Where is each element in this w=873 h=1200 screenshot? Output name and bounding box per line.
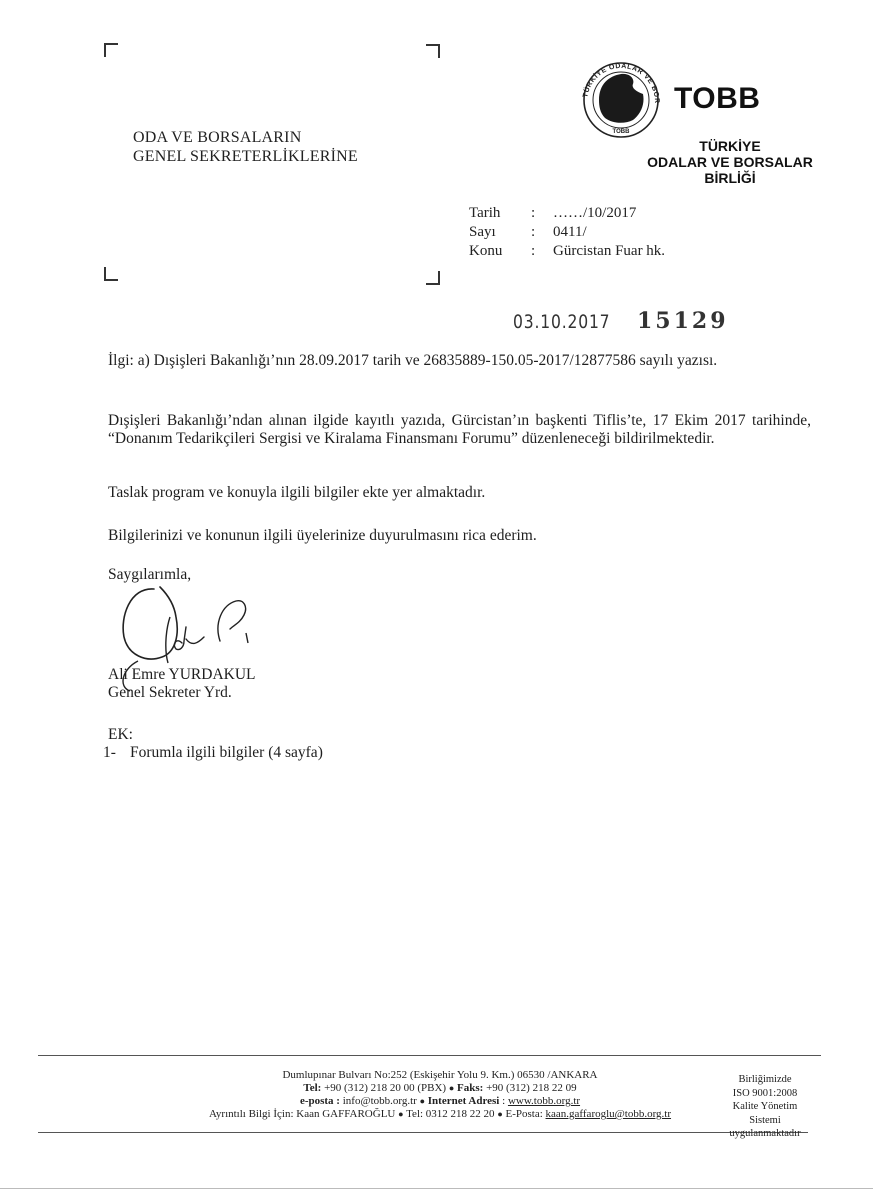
email-value: info@tobb.org.tr — [343, 1095, 417, 1107]
bullet-icon: ● — [398, 1109, 403, 1119]
paragraph-3: Bilgilerinizi ve konunun ilgili üyelerin… — [108, 527, 811, 545]
bullet-icon: ● — [449, 1083, 454, 1093]
org-name-line-1: TÜRKİYE — [620, 138, 840, 154]
fax-label: Faks: — [457, 1082, 483, 1094]
number-value: 0411/ — [553, 223, 587, 242]
iso-line: uygulanmaktadır — [708, 1127, 822, 1141]
footer-bottom-rule — [38, 1132, 808, 1133]
received-number-stamp: 15129 — [637, 308, 729, 334]
footer-contact-person-line: Ayrıntılı Bilgi İçin: Kaan GAFFAROĞLU ● … — [180, 1108, 700, 1121]
recipient-line-2: GENEL SEKRETERLİKLERİNE — [133, 147, 358, 166]
footer-top-rule — [38, 1055, 821, 1056]
iso-line: Birliğimizde — [708, 1073, 822, 1087]
window-corner-top-left — [104, 43, 118, 57]
contact-tel: Tel: 0312 218 22 20 — [406, 1108, 494, 1120]
number-label: Sayı — [469, 223, 531, 242]
page-edge-line — [0, 1188, 873, 1189]
contact-email-link[interactable]: kaan.gaffaroglu@tobb.org.tr — [546, 1108, 672, 1120]
footer-phone-line: Tel: +90 (312) 218 20 00 (PBX) ● Faks: +… — [180, 1082, 700, 1095]
window-corner-top-right — [426, 44, 440, 58]
iso-certification-note: Birliğimizde ISO 9001:2008 Kalite Yöneti… — [708, 1073, 822, 1141]
letter-meta: Tarih : ……/10/2017 Sayı : 0411/ Konu : G… — [469, 204, 665, 261]
email-label: e-posta : — [300, 1095, 340, 1107]
tel-label: Tel: — [303, 1082, 321, 1094]
paragraph-2: Taslak program ve konuyla ilgili bilgile… — [108, 484, 811, 502]
meta-number-row: Sayı : 0411/ — [469, 223, 665, 242]
recipient-block: ODA VE BORSALARIN GENEL SEKRETERLİKLERİN… — [133, 128, 358, 166]
bullet-icon: ● — [497, 1109, 502, 1119]
window-corner-bottom-right — [426, 271, 440, 285]
received-date-stamp: 03.10.2017 — [513, 311, 610, 333]
window-corner-bottom-left — [104, 267, 118, 281]
subject-value: Gürcistan Fuar hk. — [553, 242, 665, 261]
organization-name: TÜRKİYE ODALAR VE BORSALAR BİRLİĞİ — [620, 138, 840, 186]
footer-address: Dumlupınar Bulvarı No:252 (Eskişehir Yol… — [180, 1069, 700, 1082]
date-label: Tarih — [469, 204, 531, 223]
colon: : — [531, 242, 553, 261]
tel-value: +90 (312) 218 20 00 (PBX) — [324, 1082, 446, 1094]
date-value: ……/10/2017 — [553, 204, 636, 223]
signer-title: Genel Sekreter Yrd. — [108, 684, 811, 702]
bullet-icon: ● — [420, 1096, 425, 1106]
reference-line: İlgi: a) Dışişleri Bakanlığı’nın 28.09.2… — [108, 352, 811, 370]
iso-line: Kalite Yönetim — [708, 1100, 822, 1114]
colon: : — [531, 223, 553, 242]
iso-line: ISO 9001:2008 — [708, 1087, 822, 1101]
tobb-seal-icon: TÜRKİYE ODALAR VE BORSALAR BİRLİĞİ TOBB — [577, 58, 667, 138]
org-name-line-3: BİRLİĞİ — [620, 170, 840, 186]
fax-value: +90 (312) 218 22 09 — [486, 1082, 577, 1094]
website-link[interactable]: www.tobb.org.tr — [508, 1095, 580, 1107]
iso-line: Sistemi — [708, 1114, 822, 1128]
subject-label: Konu — [469, 242, 531, 261]
signer-name: Ali Emre YURDAKUL — [108, 666, 811, 684]
attachment-number: 1- — [103, 744, 130, 762]
attachment-text: Forumla ilgili bilgiler (4 sayfa) — [130, 744, 323, 762]
colon: : — [531, 204, 553, 223]
contact-email-label: E-Posta: — [506, 1108, 543, 1120]
attachments-label: EK: — [108, 726, 811, 744]
recipient-line-1: ODA VE BORSALARIN — [133, 128, 358, 147]
footer-contact: Dumlupınar Bulvarı No:252 (Eskişehir Yol… — [180, 1069, 700, 1121]
footer-web-line: e-posta : info@tobb.org.tr ● Internet Ad… — [180, 1095, 700, 1108]
tobb-wordmark: TOBB — [674, 82, 760, 116]
paragraph-1: Dışişleri Bakanlığı’ndan alınan ilgide k… — [108, 412, 811, 448]
svg-text:TOBB: TOBB — [613, 129, 631, 135]
org-name-line-2: ODALAR VE BORSALAR — [620, 154, 840, 170]
attachment-item: 1- Forumla ilgili bilgiler (4 sayfa) — [103, 744, 806, 762]
web-label: Internet Adresi — [428, 1095, 500, 1107]
contact-person: Ayrıntılı Bilgi İçin: Kaan GAFFAROĞLU — [209, 1108, 395, 1120]
meta-date-row: Tarih : ……/10/2017 — [469, 204, 665, 223]
meta-subject-row: Konu : Gürcistan Fuar hk. — [469, 242, 665, 261]
